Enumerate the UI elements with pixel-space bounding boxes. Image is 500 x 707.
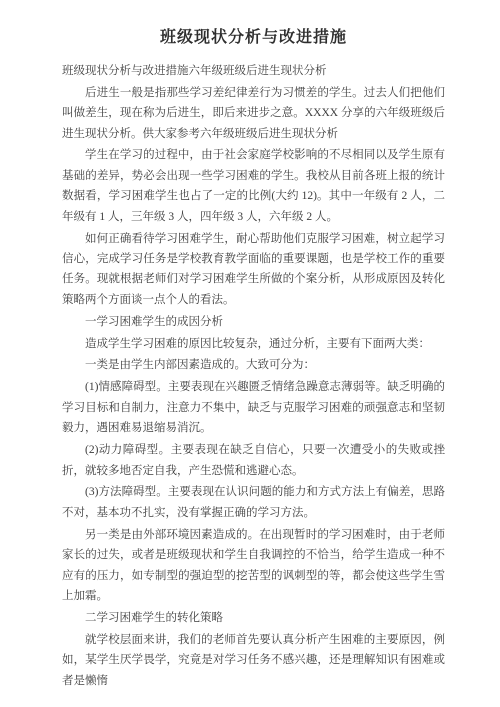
paragraph-type-emotional: (1)情感障碍型。主要表现在兴趣匮乏情绪急躁意志薄弱等。缺乏明确的学习目标和自制… [62, 377, 445, 438]
paragraph-statistics: 学生在学习的过程中，由于社会家庭学校影响的不尽相同以及学生原有基础的差异，势必会… [62, 145, 445, 227]
section-heading-causes: 一学习困难学生的成因分析 [62, 312, 445, 332]
document-page: 班级现状分析与改进措施 班级现状分析与改进措施六年级班级后进生现状分析 后进生一… [0, 0, 500, 707]
paragraph-internal-factors: 一类是由学生内部因素造成的。大致可分为： [62, 355, 445, 375]
paragraph-intro: 后进生一般是指那些学习差纪律差行为习惯差的学生。过去人们把他们叫做差生，现在称为… [62, 83, 445, 144]
paragraph-type-motivation: (2)动力障碍型。主要表现在缺乏自信心，只要一次遭受小的失败或挫折，就较多地否定… [62, 440, 445, 481]
document-title: 班级现状分析与改进措施 [62, 28, 445, 49]
paragraph-external-factors: 另一类是由外部环境因素造成的。在出现暂时的学习困难时，由于老师家长的过失，或者是… [62, 525, 445, 607]
section-heading-strategies: 二学习困难学生的转化策略 [62, 608, 445, 628]
paragraph-type-method: (3)方法障碍型。主要表现在认识问题的能力和方式方法上有偏差，思路不对，基本功不… [62, 482, 445, 523]
paragraph-school-level: 就学校层面来讲，我们的老师首先要认真分析产生困难的主要原因，例如，某学生厌学畏学… [62, 630, 445, 691]
document-body: 班级现状分析与改进措施六年级班级后进生现状分析 后进生一般是指那些学习差纪律差行… [62, 61, 445, 691]
paragraph-cause-overview: 造成学生学习困难的原因比较复杂，通过分析，主要有下面两大类： [62, 334, 445, 354]
paragraph-purpose: 如何正确看待学习困难学生，耐心帮助他们克服学习困难，树立起学习信心，完成学习任务… [62, 229, 445, 311]
paragraph-subtitle: 班级现状分析与改进措施六年级班级后进生现状分析 [62, 61, 445, 81]
